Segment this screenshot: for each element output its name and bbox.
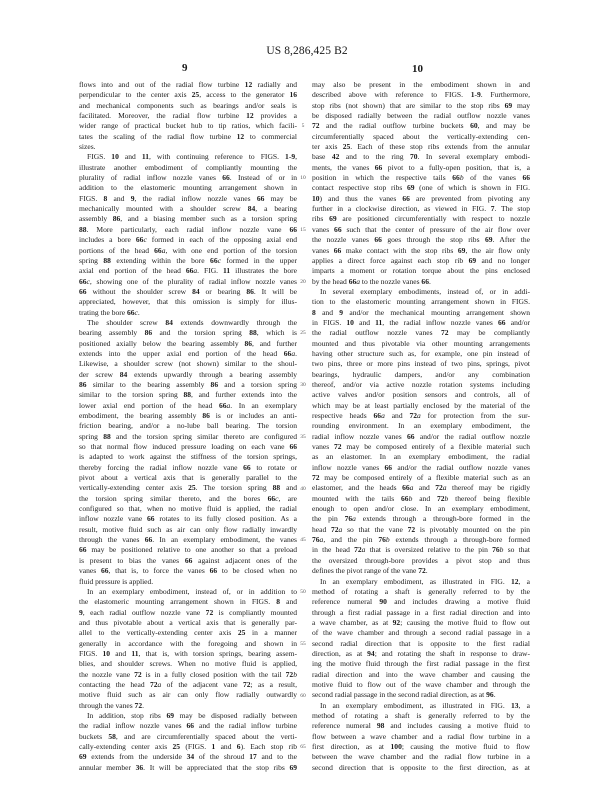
text-line: illustrate another embodiment of complia… <box>79 163 297 173</box>
text-line: vanes 72 may be composed entirely of a f… <box>312 442 530 452</box>
text-line: imparts a moment or rotation torque abou… <box>312 266 530 276</box>
text-line: second radial passage in the second radi… <box>312 690 530 700</box>
text-line: position in which the respective tails 6… <box>312 173 530 183</box>
text-line: reference numeral 98 and includes causin… <box>312 721 530 731</box>
text-line: two pins, three or more pins instead of … <box>312 359 530 369</box>
text-line: allel to the vertically-extending center… <box>79 628 297 638</box>
text-line: 10) and thus the vanes 66 are prevented … <box>312 194 530 204</box>
text-line: positioned axially below the bearing ass… <box>79 339 297 349</box>
text-line: of the wave chamber and through a second… <box>312 628 530 638</box>
text-line: facilitated. Moreover, the radial flow t… <box>79 111 297 121</box>
text-line: spring 88 extending within the bore 66c … <box>79 256 297 266</box>
text-line: method of rotating a shaft is generally … <box>312 587 530 597</box>
text-line: second radial direction that is opposite… <box>312 639 530 649</box>
text-line: 72 may be composed entirely of a flexibl… <box>312 473 530 483</box>
text-line: 88. More particularly, each radial inflo… <box>79 225 297 235</box>
text-line: tates the scaling of the radial flow tur… <box>79 132 297 142</box>
text-line: appreciated, however, that this omission… <box>79 297 297 307</box>
text-line: thereof, and/or via active nozzle rotati… <box>312 380 530 390</box>
text-line: generally in accordance with the foregoi… <box>79 639 297 649</box>
text-line: further in a clockwise direction, as vie… <box>312 204 530 214</box>
text-line: the nozzle vane 72 is in a fully closed … <box>79 670 297 680</box>
text-line: is present to bias the vanes 66 against … <box>79 556 297 566</box>
line-number: 50 <box>296 587 310 597</box>
text-line: second direction that is opposite to the… <box>312 763 530 773</box>
text-line: flows into and out of the radial flow tu… <box>79 80 297 90</box>
text-line: extends into the upper axial end portion… <box>79 349 297 359</box>
text-line: is adapted to work against the stiffness… <box>79 452 297 462</box>
text-line: and thus pivotable about a vertical axis… <box>79 618 297 628</box>
line-number: 35 <box>296 432 310 442</box>
text-line: bearing assembly 86 and the torsion spri… <box>79 328 297 338</box>
text-line: stop ribs (not shown) that are similar t… <box>312 101 530 111</box>
text-line: mechanically mounted with a shoulder scr… <box>79 204 297 214</box>
text-line: which may be at least partially enclosed… <box>312 401 530 411</box>
text-line: 66c, showing one of the plurality of rad… <box>79 277 297 287</box>
text-line: buckets 58, and are circumferentially sp… <box>79 732 297 742</box>
text-line: by the head 66a to the nozzle vanes 66. <box>312 277 530 287</box>
text-line: as an elastomer. In an exemplary embodim… <box>312 452 530 462</box>
text-line: 86 similar to the bearing assembly 86 an… <box>79 380 297 390</box>
text-line: the elastomeric mounting arrangement sho… <box>79 597 297 607</box>
text-line: 8 and 9 and/or the mechanical mounting a… <box>312 308 530 318</box>
text-line: ing the motive fluid through the first r… <box>312 659 530 669</box>
text-line: 69 extends from the underside 34 of the … <box>79 752 297 762</box>
text-line: vanes 66 make contact with the stop ribs… <box>312 246 530 256</box>
line-number: 25 <box>296 328 310 338</box>
text-line: be disposed radially between the radial … <box>312 111 530 121</box>
text-line: in FIGS. 10 and 11, the radial inflow no… <box>312 318 530 328</box>
left-text-column: flows into and out of the radial flow tu… <box>79 80 297 773</box>
text-line: similar to the torsion spring 88, and fu… <box>79 390 297 400</box>
text-line: sizes. <box>79 142 297 152</box>
text-line: contact respective stop ribs 69 (one of … <box>312 183 530 193</box>
text-line: The shoulder screw 84 extends downwardly… <box>79 318 297 328</box>
text-line: in the head 72a that is oversized relati… <box>312 545 530 555</box>
text-line: contacting the head 72a of the adjacent … <box>79 680 297 690</box>
line-number: 60 <box>296 691 310 701</box>
text-line: reference numeral 90 and includes drawin… <box>312 597 530 607</box>
text-line: having other structure such as, for exam… <box>312 349 530 359</box>
text-line: the pin 76a extends through a through-bo… <box>312 514 530 524</box>
text-line: defines the pivot range of the vane 72. <box>312 566 530 576</box>
text-line: vertically-extending center axis 25. The… <box>79 483 297 493</box>
text-line: through a first radial passage in a firs… <box>312 608 530 618</box>
text-line: Likewise, a shoulder screw (not shown) s… <box>79 359 297 369</box>
text-line: bearings, hydraulic dampers, and/or any … <box>312 370 530 380</box>
line-number: 5 <box>296 121 310 131</box>
text-line: In addition, stop ribs 69 may be dispose… <box>79 711 297 721</box>
text-line: through the vanes 72. <box>79 701 297 711</box>
text-line: In an exemplary embodiment, as illustrat… <box>312 577 530 587</box>
text-line: tion to the elastomeric mounting arrange… <box>312 297 530 307</box>
text-line: addition to the elastomeric mounting arr… <box>79 183 297 193</box>
text-line: 66 without the shoulder screw 84 or bear… <box>79 287 297 297</box>
text-line: axial end portion of the head 66a. FIG. … <box>79 266 297 276</box>
line-number: 65 <box>296 742 310 752</box>
line-number: 10 <box>296 173 310 183</box>
text-line: configured so that, when no motive fluid… <box>79 504 297 514</box>
text-line: circumferentially spaced about the verti… <box>312 132 530 142</box>
text-line: embodiment, the bearing assembly 86 is o… <box>79 411 297 421</box>
text-line: the torsion spring similar thereto, and … <box>79 494 297 504</box>
text-line: mounted and thus pivotable via other mou… <box>312 339 530 349</box>
text-line: flow between a wave chamber and a radial… <box>312 732 530 742</box>
text-line: blies, and shoulder screws. When no moti… <box>79 659 297 669</box>
text-line: pivot about a vertical axis that is gene… <box>79 473 297 483</box>
text-line: includes a bore 66c formed in each of th… <box>79 235 297 245</box>
text-line: ribs 69 are positioned circumferentially… <box>312 214 530 224</box>
text-line: applies a direct force against each stop… <box>312 256 530 266</box>
text-line: fluid pressure is applied. <box>79 577 297 587</box>
text-line: enough to open and/or close. In an exemp… <box>312 504 530 514</box>
text-line: In several exemplary embodiments, instea… <box>312 287 530 297</box>
text-line: FIGS. 10 and 11, with continuing referen… <box>79 152 297 162</box>
text-line: direction, as at 94; and rotating the sh… <box>312 649 530 659</box>
text-line: respective heads 66a and 72a for protect… <box>312 411 530 421</box>
text-line: spring 88 and the torsion spring similar… <box>79 432 297 442</box>
text-line: a wave chamber, as at 92; causing the mo… <box>312 618 530 628</box>
text-line: 72 and the radial outflow turbine bucket… <box>312 121 530 131</box>
line-number: 45 <box>296 535 310 545</box>
text-line: elastomer, and the heads 66a and 72a the… <box>312 483 530 493</box>
text-line: perpendicular to the center axis 25, acc… <box>79 90 297 100</box>
text-line: base 42 and to the ring 70. In several e… <box>312 152 530 162</box>
text-line: trating the bore 66c. <box>79 308 297 318</box>
text-line: wider range of practical bucket hub to t… <box>79 121 297 131</box>
line-number: 30 <box>296 380 310 390</box>
text-line: assembly 86, and a biasing member such a… <box>79 214 297 224</box>
text-line: 9, each radial outflow nozzle vane 72 is… <box>79 608 297 618</box>
text-line: between the wave chamber and the radial … <box>312 752 530 762</box>
text-line: head 72a so that the vane 72 is pivotabl… <box>312 525 530 535</box>
text-line: result, motive fluid such as air can onl… <box>79 525 297 535</box>
text-line: motive fluid to flow out of the wave cha… <box>312 680 530 690</box>
text-line: cally-extending center axis 25 (FIGS. 1 … <box>79 742 297 752</box>
text-line: lower axial end portion of the head 66a.… <box>79 401 297 411</box>
text-line: In an exemplary embodiment, as illustrat… <box>312 701 530 711</box>
text-line: friction bearing, and/or a no-lube ball … <box>79 421 297 431</box>
patent-number-header: US 8,286,425 B2 <box>0 45 614 57</box>
text-line: radial inflow nozzle vanes 66 and/or the… <box>312 432 530 442</box>
text-line: the radial inflow nozzle vanes 66 and th… <box>79 721 297 731</box>
text-line: FIGS. 10 and 11, that is, with torsion s… <box>79 649 297 659</box>
text-line: annular member 36. It will be appreciate… <box>79 763 297 773</box>
text-line: In an exemplary embodiment, instead of, … <box>79 587 297 597</box>
text-line: 76a, and the pin 76b extends through a t… <box>312 535 530 545</box>
column-number-right: 10 <box>412 63 423 75</box>
column-number-left: 9 <box>182 62 188 74</box>
text-line: portions of the head 66a, with one end p… <box>79 246 297 256</box>
text-line: may also be present in the embodiment sh… <box>312 80 530 90</box>
text-line: rounding environment. In an exemplary em… <box>312 421 530 431</box>
text-line: radial direction and into the wave chamb… <box>312 670 530 680</box>
text-line: active valves and/or position sensors an… <box>312 390 530 400</box>
text-line: the radial outflow nozzle vanes 72 may b… <box>312 328 530 338</box>
text-line: 66 may be positioned relative to one ano… <box>79 545 297 555</box>
text-line: inflow nozzle vanes 66 and/or the radial… <box>312 463 530 473</box>
text-line: the nozzle vanes 66 goes through the sto… <box>312 235 530 245</box>
text-line: method of rotating a shaft is generally … <box>312 711 530 721</box>
text-line: so that normal flow induced pressure loa… <box>79 442 297 452</box>
text-line: plurality of radial inflow nozzle vanes … <box>79 173 297 183</box>
text-line: vanes 66, that is, to force the vanes 66… <box>79 566 297 576</box>
text-line: vanes 66 such that the center of pressur… <box>312 225 530 235</box>
line-number: 15 <box>296 225 310 235</box>
line-number: 40 <box>296 484 310 494</box>
text-line: described above with reference to FIGS. … <box>312 90 530 100</box>
text-line: inflow nozzle vane 66 rotates to its ful… <box>79 514 297 524</box>
right-text-column: may also be present in the embodiment sh… <box>312 80 530 773</box>
text-line: FIGS. 8 and 9, the radial inflow nozzle … <box>79 194 297 204</box>
text-line: thereby forcing the radial inflow nozzle… <box>79 463 297 473</box>
text-line: first direction, as at 100; causing the … <box>312 742 530 752</box>
text-line: ter axis 25. Each of these stop ribs ext… <box>312 142 530 152</box>
line-number: 55 <box>296 639 310 649</box>
line-number: 20 <box>296 277 310 287</box>
text-line: ments, the vanes 66 pivot to a fully-ope… <box>312 163 530 173</box>
text-line: der screw 84 extends upwardly through a … <box>79 370 297 380</box>
text-line: through the vanes 66. In an exemplary em… <box>79 535 297 545</box>
text-line: and mechanical components such as bearin… <box>79 101 297 111</box>
text-line: the oversized through-bore provides a pi… <box>312 556 530 566</box>
text-line: mounted with the tails 66b and 72b there… <box>312 494 530 504</box>
text-line: motive fluid such as air can only flow r… <box>79 690 297 700</box>
